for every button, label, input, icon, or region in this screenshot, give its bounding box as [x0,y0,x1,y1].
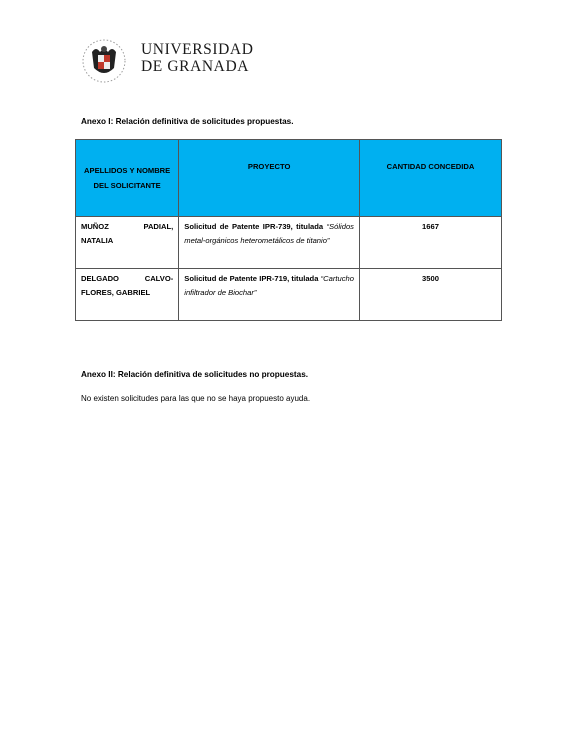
university-crest-icon [80,38,132,84]
project-lead: Solicitud de Patente IPR-719, titulada [184,274,318,283]
annex2-heading: Anexo II: Relación definitiva de solicit… [81,370,308,379]
applicant-cell: MUÑOZ PADIAL, NATALIA [76,217,179,269]
table-header-row: APELLIDOS Y NOMBRE DEL SOLICITANTE PROYE… [76,140,502,217]
column-header-project: PROYECTO [179,140,360,217]
university-name: UNIVERSIDAD DE GRANADA [141,41,254,75]
annex1-heading: Anexo I: Relación definitiva de solicitu… [81,117,293,126]
proposed-applications-table: APELLIDOS Y NOMBRE DEL SOLICITANTE PROYE… [75,139,502,321]
project-cell: Solicitud de Patente IPR-739, titulada “… [179,217,360,269]
table-row: DELGADO CALVO-FLORES, GABRIEL Solicitud … [76,269,502,321]
project-lead: Solicitud de Patente IPR-739, titulada [184,222,323,231]
table-row: MUÑOZ PADIAL, NATALIA Solicitud de Paten… [76,217,502,269]
applicant-cell: DELGADO CALVO-FLORES, GABRIEL [76,269,179,321]
amount-cell: 1667 [359,217,501,269]
column-header-amount: CANTIDAD CONCEDIDA [359,140,501,217]
annex2-text: No existen solicitudes para las que no s… [81,394,310,403]
university-name-line2: DE GRANADA [141,58,254,75]
column-header-applicant: APELLIDOS Y NOMBRE DEL SOLICITANTE [76,140,179,217]
amount-cell: 3500 [359,269,501,321]
project-cell: Solicitud de Patente IPR-719, titulada “… [179,269,360,321]
university-name-line1: UNIVERSIDAD [141,41,254,58]
